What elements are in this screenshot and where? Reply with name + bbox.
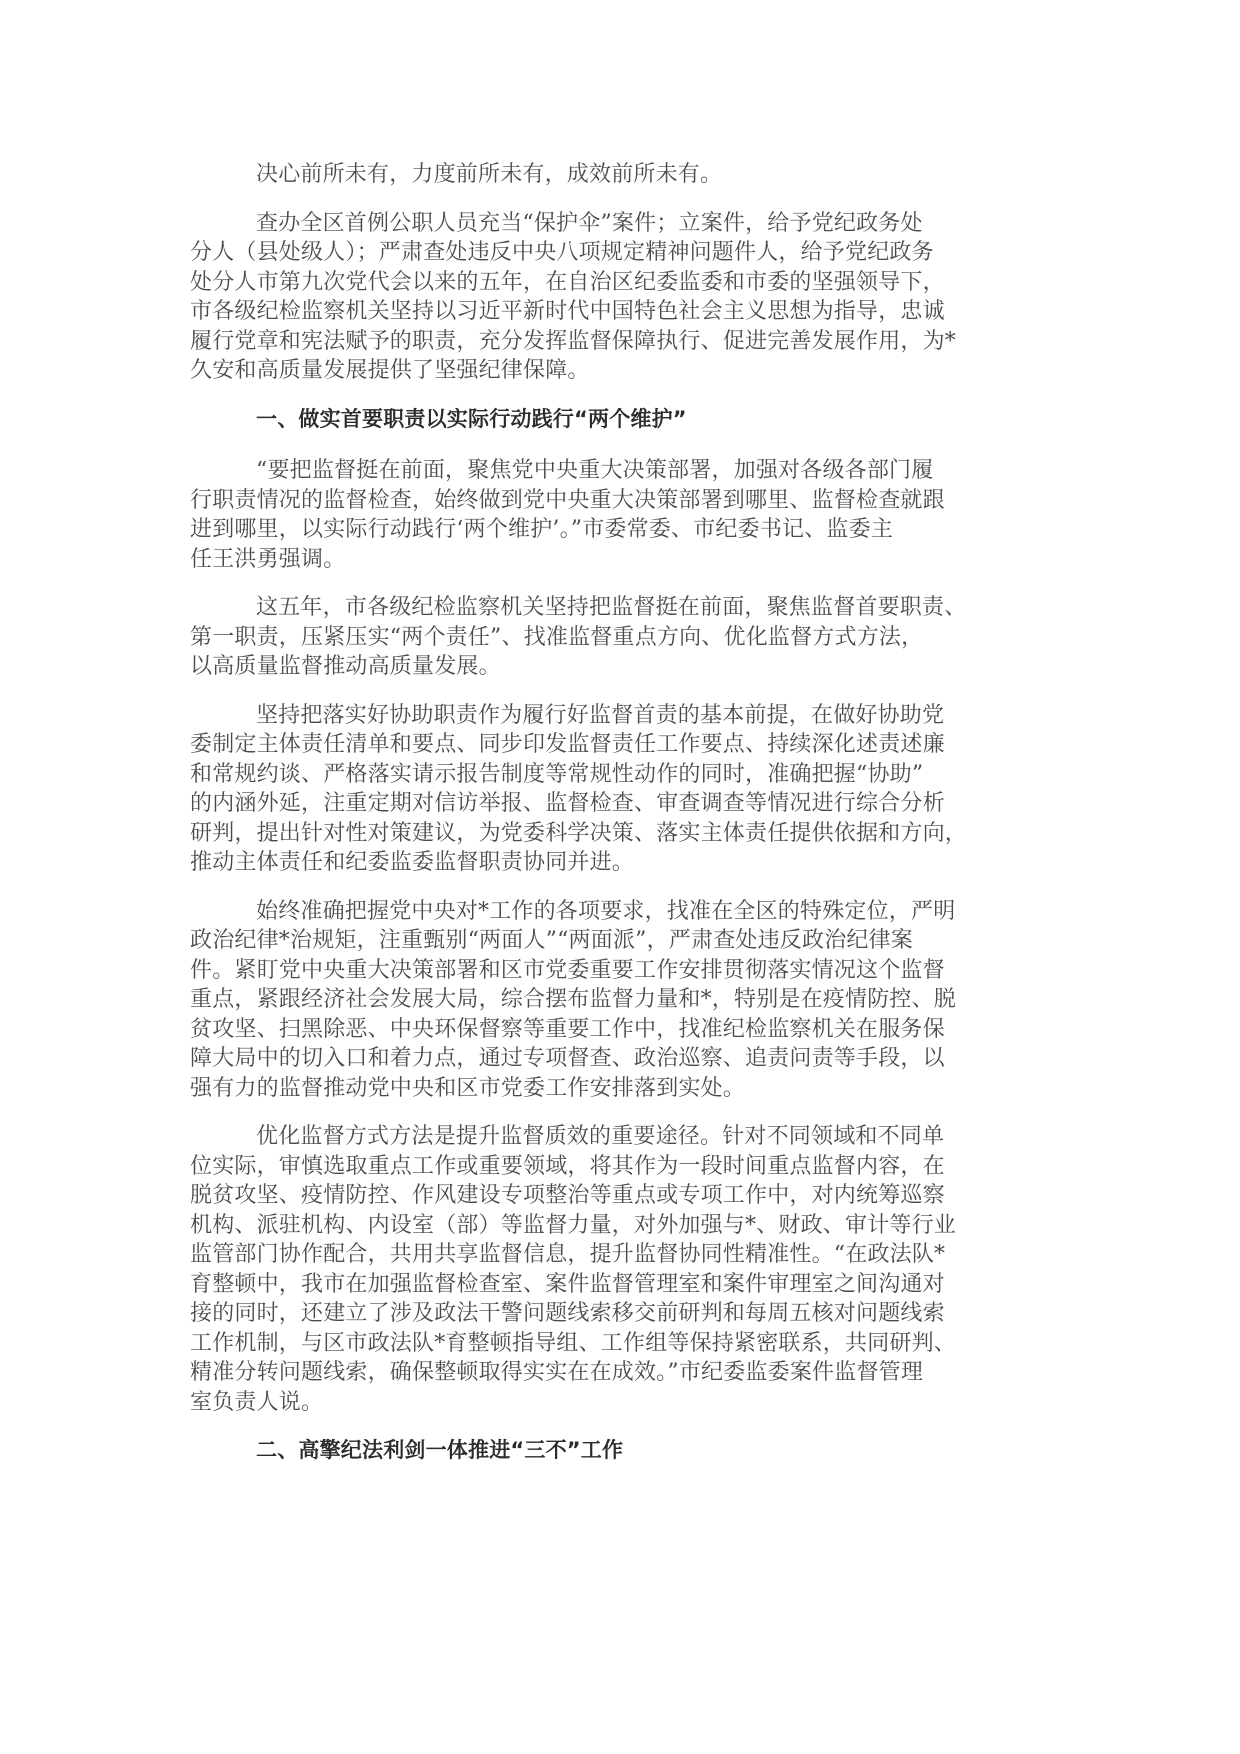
paragraph-five-years: 这五年，市各级纪检监察机关坚持把监督挺在前面，聚焦监督首要职责、 第一职责，压紧…	[190, 593, 1050, 682]
text-line: 查办全区首例公职人员充当“保护伞”案件；立案件，给予党纪政务处	[190, 209, 1050, 239]
text-line: 政治纪律*治规矩，注重甄别“两面人”“两面派”，严肃查处违反政治纪律案	[190, 926, 1050, 956]
paragraph-assist-duty: 坚持把落实好协助职责作为履行好监督首责的基本前提，在做好协助党 委制定主体责任清…	[190, 701, 1050, 878]
text-line: 位实际，审慎选取重点工作或重要领域，将其作为一段时间重点监督内容，在	[190, 1152, 1050, 1182]
text-line: 优化监督方式方法是提升监督质效的重要途径。针对不同领域和不同单	[190, 1122, 1050, 1152]
heading-text: 一、做实首要职责以实际行动践行“两个维护”	[190, 405, 1050, 435]
text-line: 强有力的监督推动党中央和区市党委工作安排落到实处。	[190, 1074, 1050, 1104]
text-line: 始终准确把握党中央对*工作的各项要求，找准在全区的特殊定位，严明	[190, 897, 1050, 927]
text-line: 研判，提出针对性对策建议，为党委科学决策、落实主体责任提供依据和方向，	[190, 819, 1050, 849]
text-line: 委制定主体责任清单和要点、同步印发监督责任工作要点、持续深化述责述廉	[190, 730, 1050, 760]
text-line: 障大局中的切入口和着力点，通过专项督查、政治巡察、追责问责等手段，以	[190, 1044, 1050, 1074]
text-line: 脱贫攻坚、疫情防控、作风建设专项整治等重点或专项工作中，对内统筹巡察	[190, 1181, 1050, 1211]
text-line: 决心前所未有，力度前所未有，成效前所未有。	[190, 160, 1050, 190]
text-line: 履行党章和宪法赋予的职责，充分发挥监督保障执行、促进完善发展作用，为*	[190, 327, 1050, 357]
text-line: 贫攻坚、扫黑除恶、中央环保督察等重要工作中，找准纪检监察机关在服务保	[190, 1015, 1050, 1045]
text-line: 重点，紧跟经济社会发展大局，综合摆布监督力量和*，特别是在疫情防控、脱	[190, 985, 1050, 1015]
text-line: 监管部门协作配合，共用共享监督信息，提升监督协同性精准性。“在政法队*	[190, 1240, 1050, 1270]
section-heading-2: 二、高擎纪法利剑一体推进“三不”工作	[190, 1436, 1050, 1466]
text-line: 处分人市第九次党代会以来的五年，在自治区纪委监委和市委的坚强领导下，	[190, 268, 1050, 298]
heading-text: 二、高擎纪法利剑一体推进“三不”工作	[190, 1436, 1050, 1466]
text-line: 分人（县处级人）；严肃查处违反中央八项规定精神问题件人，给予党纪政务	[190, 238, 1050, 268]
text-line: 精准分转问题线索，确保整顿取得实实在在成效。”市纪委监委案件监督管理	[190, 1358, 1050, 1388]
text-line: 接的同时，还建立了涉及政法干警问题线索移交前研判和每周五核对问题线索	[190, 1299, 1050, 1329]
paragraph-case-summary: 查办全区首例公职人员充当“保护伞”案件；立案件，给予党纪政务处 分人（县处级人）…	[190, 209, 1050, 386]
text-line: 进到哪里，以实际行动践行‘两个维护’。”市委常委、市纪委书记、监委主	[190, 515, 1050, 545]
text-line: 这五年，市各级纪检监察机关坚持把监督挺在前面，聚焦监督首要职责、	[190, 593, 1050, 623]
paragraph-supervision-methods: 优化监督方式方法是提升监督质效的重要途径。针对不同领域和不同单 位实际，审慎选取…	[190, 1122, 1050, 1417]
text-line: 件。紧盯党中央重大决策部署和区市党委重要工作安排贯彻落实情况这个监督	[190, 956, 1050, 986]
text-line: 室负责人说。	[190, 1388, 1050, 1418]
paragraph-intro-closing: 决心前所未有，力度前所未有，成效前所未有。	[190, 160, 1050, 190]
text-line: 育整顿中，我市在加强监督检查室、案件监督管理室和案件审理室之间沟通对	[190, 1270, 1050, 1300]
paragraph-political-discipline: 始终准确把握党中央对*工作的各项要求，找准在全区的特殊定位，严明 政治纪律*治规…	[190, 897, 1050, 1104]
text-line: 久安和高质量发展提供了坚强纪律保障。	[190, 356, 1050, 386]
paragraph-quote-secretary: “要把监督挺在前面，聚焦党中央重大决策部署，加强对各级各部门履 行职责情况的监督…	[190, 456, 1050, 574]
text-line: 坚持把落实好协助职责作为履行好监督首责的基本前提，在做好协助党	[190, 701, 1050, 731]
text-line: 行职责情况的监督检查，始终做到党中央重大决策部署到哪里、监督检查就跟	[190, 486, 1050, 516]
text-line: “要把监督挺在前面，聚焦党中央重大决策部署，加强对各级各部门履	[190, 456, 1050, 486]
text-line: 第一职责，压紧压实“两个责任”、找准监督重点方向、优化监督方式方法，	[190, 623, 1050, 653]
section-heading-1: 一、做实首要职责以实际行动践行“两个维护”	[190, 405, 1050, 435]
text-line: 和常规约谈、严格落实请示报告制度等常规性动作的同时，准确把握“协助”	[190, 760, 1050, 790]
text-line: 的内涵外延，注重定期对信访举报、监督检查、审查调查等情况进行综合分析	[190, 789, 1050, 819]
text-line: 市各级纪检监察机关坚持以习近平新时代中国特色社会主义思想为指导，忠诚	[190, 297, 1050, 327]
text-line: 以高质量监督推动高质量发展。	[190, 652, 1050, 682]
document-page: 决心前所未有，力度前所未有，成效前所未有。 查办全区首例公职人员充当“保护伞”案…	[190, 160, 1050, 1488]
text-line: 任王洪勇强调。	[190, 545, 1050, 575]
text-line: 工作机制，与区市政法队*育整顿指导组、工作组等保持紧密联系，共同研判、	[190, 1329, 1050, 1359]
text-line: 推动主体责任和纪委监委监督职责协同并进。	[190, 848, 1050, 878]
text-line: 机构、派驻机构、内设室（部）等监督力量，对外加强与*、财政、审计等行业	[190, 1211, 1050, 1241]
